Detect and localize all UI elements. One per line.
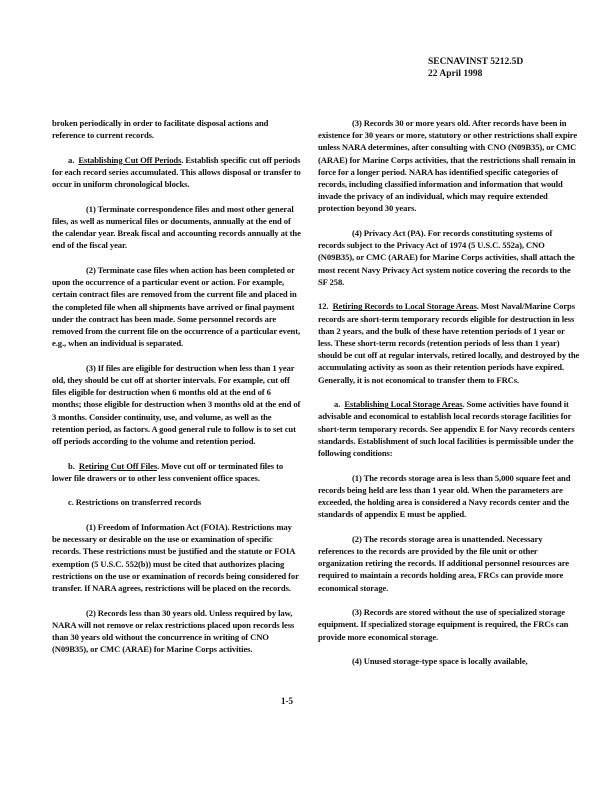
document-header: SECNAVINST 5212.5D 22 April 1998 xyxy=(428,56,523,80)
para-label: b. xyxy=(68,461,75,471)
paragraph-12a1: (1) The records storage area is less tha… xyxy=(318,472,580,521)
paragraph-12a: a. Establishing Local Storage Areas. Som… xyxy=(318,398,580,459)
page-number: 1-5 xyxy=(281,696,293,706)
para-label: a. xyxy=(68,155,74,165)
para-label: a. xyxy=(334,399,340,409)
paragraph-a2: (2) Terminate case files when action has… xyxy=(52,264,302,349)
paragraph-c3: (3) Records 30 or more years old. After … xyxy=(318,117,580,215)
paragraph-a3: (3) If files are eligible for destructio… xyxy=(52,362,302,447)
document-id: SECNAVINST 5212.5D xyxy=(428,56,523,68)
right-column: (3) Records 30 or more years old. After … xyxy=(318,117,580,680)
paragraph-c2: (2) Records less than 30 years old. Unle… xyxy=(52,607,302,656)
paragraph-a-cut-off-periods: a. Establishing Cut Off Periods. Establi… xyxy=(52,154,302,191)
section-heading: Establishing Local Storage Areas xyxy=(344,399,462,409)
paragraph-c-restrictions: c. Restrictions on transferred records xyxy=(52,496,302,508)
paragraph-c4-privacy-act: (4) Privacy Act (PA). For records consti… xyxy=(318,227,580,288)
paragraph-b-retiring-files: b. Retiring Cut Off Files. Move cut off … xyxy=(52,460,302,484)
section-heading: Establishing Cut Off Periods xyxy=(78,155,181,165)
section-heading: Retiring Records to Local Storage Areas xyxy=(333,301,477,311)
document-date: 22 April 1998 xyxy=(428,68,523,80)
section-heading: Retiring Cut Off Files xyxy=(79,461,157,471)
paragraph-a1: (1) Terminate correspondence files and m… xyxy=(52,203,302,252)
paragraph-12-local-storage: 12. Retiring Records to Local Storage Ar… xyxy=(318,300,580,385)
paragraph-c1-foia: (1) Freedom of Information Act (FOIA). R… xyxy=(52,521,302,594)
para-label: 12. xyxy=(318,301,328,311)
paragraph-continuation: broken periodically in order to facilita… xyxy=(52,117,302,141)
para-text: . Most Naval/Marine Corps records are sh… xyxy=(318,301,579,384)
left-column: broken periodically in order to facilita… xyxy=(52,117,302,668)
paragraph-12a4: (4) Unused storage-type space is locally… xyxy=(318,655,580,667)
paragraph-12a3: (3) Records are stored without the use o… xyxy=(318,606,580,643)
paragraph-12a2: (2) The records storage area is unattend… xyxy=(318,533,580,594)
